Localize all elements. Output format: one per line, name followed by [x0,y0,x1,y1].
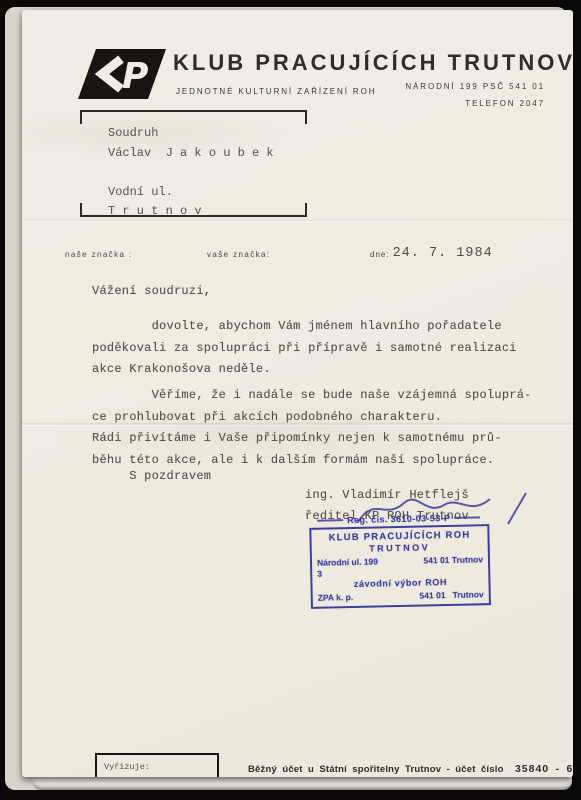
bank-account-line: Běžný účet u Státní spořitelny Trutnov -… [248,763,573,775]
date-row: dne: 24. 7. 1984 [370,246,493,261]
recipient-window: Soudruh Václav J a k o u b e k Vodní ul.… [80,110,307,217]
closing: S pozdravem [92,466,211,488]
letterhead-subtitle: JEDNOTNÉ KULTURNÍ ZAŘÍZENÍ ROH [176,87,376,96]
signer-name: ing. Vladimír Hetflejš [305,485,469,507]
handled-by-box: Vyřizuje: [95,753,219,777]
window-corner-mark [305,112,307,124]
rubber-stamp: Reg. čís. 3610-03-53-P KLUB PRACUJÍCÍCH … [309,512,491,609]
fold-crease [22,218,573,223]
kp-logo-letter: P [122,56,148,97]
stamp-zpa: ZPA k. p. [318,592,354,603]
stamp-box: KLUB PRACUJÍCÍCH ROH TRUTNOV Národní ul.… [309,524,491,609]
stamp-org-city: TRUTNOV [317,541,483,554]
stamp-dash [454,516,480,519]
stamp-zpa-row: ZPA k. p. 541 01 Trutnov [318,589,484,602]
window-corner-mark [305,203,307,215]
stamp-dash [317,519,343,522]
letterhead-title: KLUB PRACUJÍCÍCH TRUTNOV [173,50,573,76]
kp-logo-icon: P [78,46,166,102]
stamp-street: Národní ul. 199 [317,556,378,567]
letterhead-address: NÁRODNÍ 199 PSČ 541 01 [405,82,545,91]
paragraph-2: Věříme, že i nadále se bude naše vzájemn… [92,385,532,471]
stamp-committee: závodní výbor ROH [317,576,483,589]
paragraph-1: dovolte, abychom Vám jménem hlavního poř… [92,316,517,381]
your-reference-label: vaše značka: [207,250,271,259]
stamp-zpa-postal: 541 01 Trutnov [419,589,483,600]
bank-account-text: Běžný účet u Státní spořitelny Trutnov -… [248,764,504,775]
date-label: dne: [370,246,390,259]
letterhead-phone: TELEFON 2047 [465,99,545,108]
stamp-postal: 541 01 Trutnov [423,554,483,565]
window-corner-mark [80,203,82,215]
handled-by-label: Vyřizuje: [104,762,150,772]
stamp-reg-number: Reg. čís. 3610-03-53-P [347,513,451,525]
letter-page: P KLUB PRACUJÍCÍCH TRUTNOV JEDNOTNÉ KULT… [22,10,573,777]
salutation: Vážení soudruzi, [92,281,211,303]
bank-account-number: 35840 - 608 [515,763,573,775]
window-corner-mark [80,112,82,124]
date-value: 24. 7. 1984 [393,246,493,261]
our-reference-label: naše značka : [65,250,133,259]
recipient-address: Soudruh Václav J a k o u b e k Vodní ul.… [108,124,274,222]
